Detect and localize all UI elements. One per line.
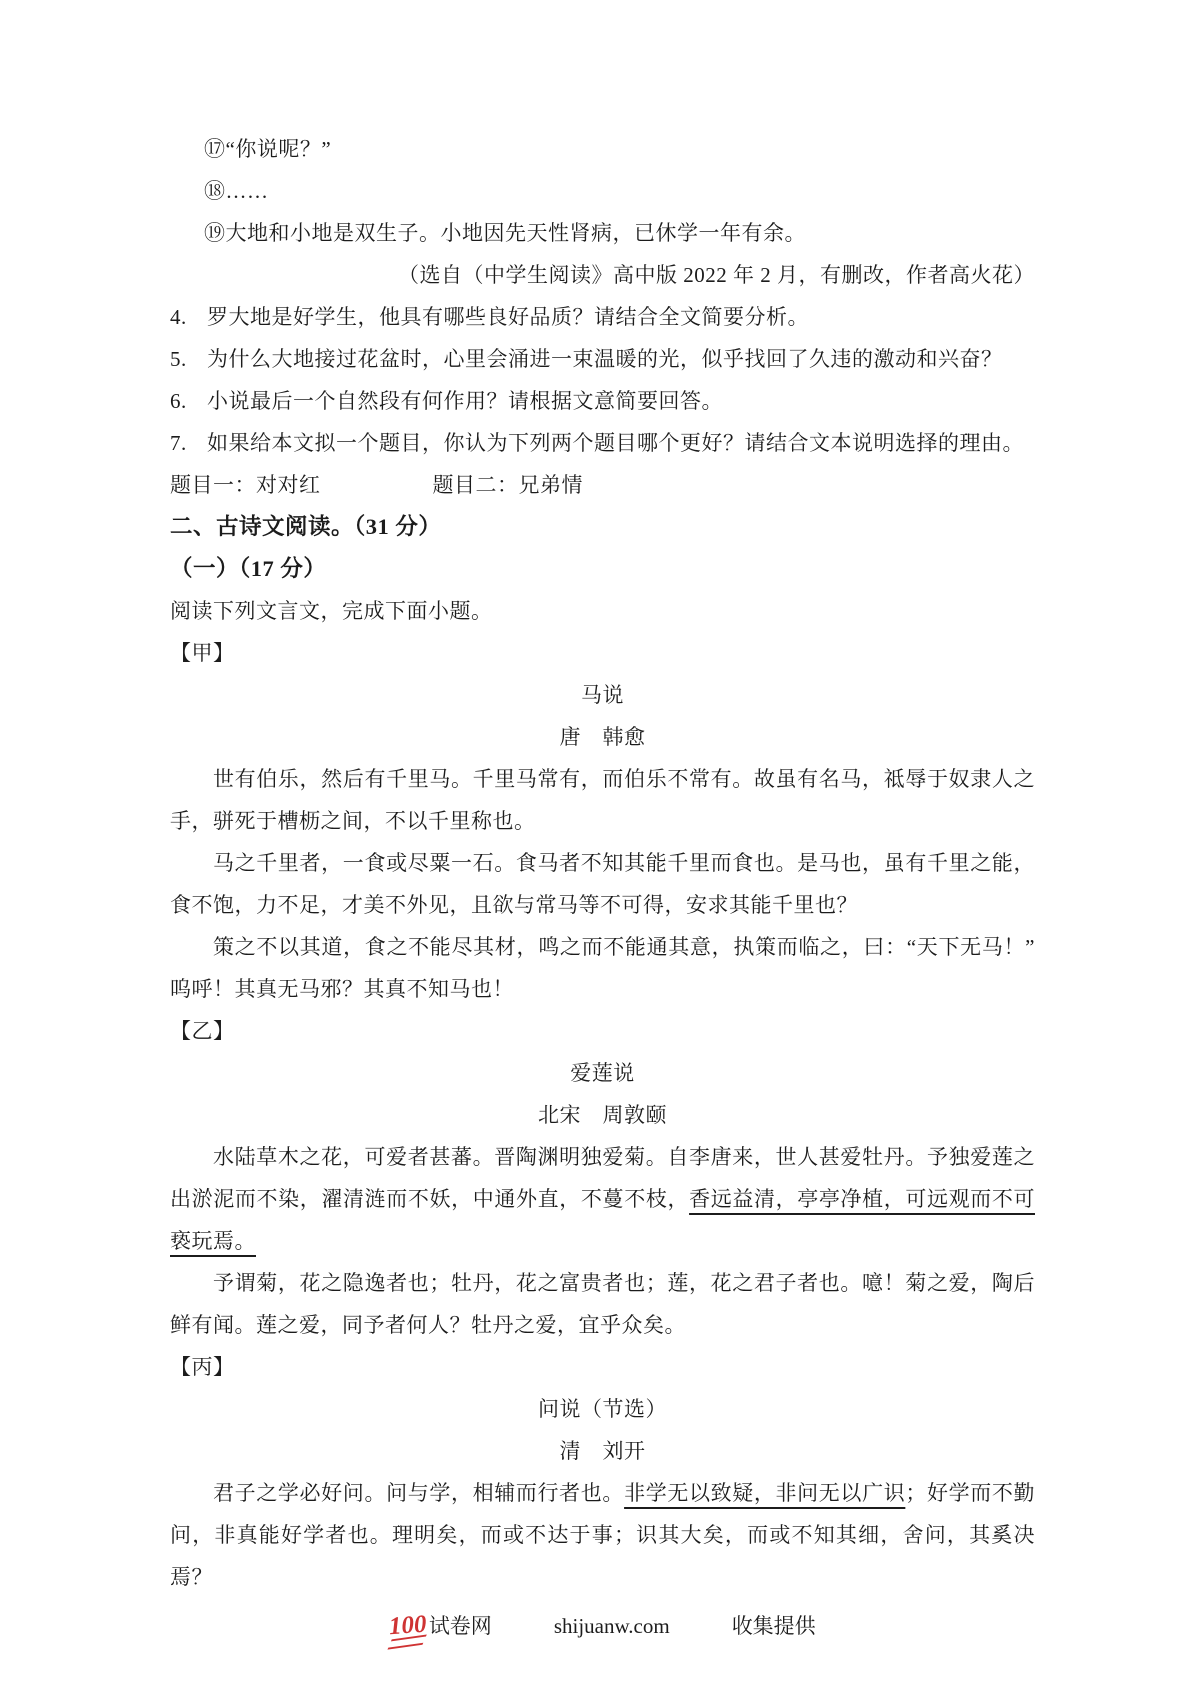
title-option-1: 题目一：对对红 (170, 473, 321, 497)
passage-jia-paragraph-2: 马之千里者，一食或尽粟一石。食马者不知其能千里而食也。是马也，虽有千里之能，食不… (170, 842, 1035, 926)
passage-yi-paragraph-1: 水陆草木之花，可爱者甚蕃。晋陶渊明独爱菊。自李唐来，世人甚爱牡丹。予独爱莲之出淤… (170, 1136, 1035, 1262)
reading-instruction: 阅读下列文言文，完成下面小题。 (170, 590, 1035, 632)
passage-bing-title: 问说（节选） (170, 1388, 1035, 1430)
passage-yi-paragraph-2: 予谓菊，花之隐逸者也；牡丹，花之富贵者也；莲，花之君子者也。噫！菊之爱，陶后鲜有… (170, 1262, 1035, 1346)
question-5-text: 为什么大地接过花盆时，心里会涌进一束温暖的光，似乎找回了久违的激动和兴奋？ (207, 347, 1003, 371)
question-6: 6.小说最后一个自然段有何作用？请根据文意简要回答。 (170, 380, 1035, 422)
source-attribution: （选自（中学生阅读》高中版 2022 年 2 月，有删改，作者高火花） (170, 254, 1035, 296)
question-7: 7.如果给本文拟一个题目，你认为下列两个题目哪个更好？请结合文本说明选择的理由。 (170, 422, 1035, 464)
passage-bing-tag: 【丙】 (170, 1346, 1035, 1388)
question-6-text: 小说最后一个自然段有何作用？请根据文意简要回答。 (207, 389, 723, 413)
passage-jia-title: 马说 (170, 674, 1035, 716)
passage-bing-paragraph-1: 君子之学必好问。问与学，相辅而行者也。非学无以致疑，非问无以广识；好学而不勤问，… (170, 1472, 1035, 1598)
logo-100-icon: 100 (388, 1605, 428, 1648)
story-line-17: ⑰“你说呢？” (170, 128, 1035, 170)
passage-jia-tag: 【甲】 (170, 632, 1035, 674)
passage-jia-author: 唐 韩愈 (170, 716, 1035, 758)
footer-suffix: 收集提供 (732, 1614, 816, 1638)
question-6-number: 6. (170, 380, 207, 422)
title-options-line: 题目一：对对红题目二：兄弟情 (170, 464, 1035, 506)
question-7-text: 如果给本文拟一个题目，你认为下列两个题目哪个更好？请结合文本说明选择的理由。 (207, 431, 1024, 455)
question-7-number: 7. (170, 422, 207, 464)
exam-page: ⑰“你说呢？” ⑱…… ⑲大地和小地是双生子。小地因先天性肾病，已休学一年有余。… (0, 0, 1191, 1684)
question-5: 5.为什么大地接过花盆时，心里会涌进一束温暖的光，似乎找回了久违的激动和兴奋？ (170, 338, 1035, 380)
section-heading: 二、古诗文阅读。（31 分） (170, 506, 1035, 548)
question-4-number: 4. (170, 296, 207, 338)
passage-bing-underlined-phrase: 非学无以致疑，非问无以广识 (624, 1481, 905, 1505)
footer-site-name: 试卷网 (429, 1614, 492, 1638)
question-4: 4.罗大地是好学生，他具有哪些良好品质？请结合全文简要分析。 (170, 296, 1035, 338)
passage-bing-author: 清 刘开 (170, 1430, 1035, 1472)
passage-jia-paragraph-1: 世有伯乐，然后有千里马。千里马常有，而伯乐不常有。故虽有名马，祗辱于奴隶人之手，… (170, 758, 1035, 842)
question-4-text: 罗大地是好学生，他具有哪些良好品质？请结合全文简要分析。 (207, 305, 809, 329)
footer-site-url: shijuanw.com (554, 1614, 670, 1638)
passage-yi-tag: 【乙】 (170, 1010, 1035, 1052)
passage-jia-paragraph-3: 策之不以其道，食之不能尽其材，鸣之而不能通其意，执策而临之，曰：“天下无马！”呜… (170, 926, 1035, 1010)
subsection-heading: （一）（17 分） (170, 548, 1035, 590)
passage-yi-author: 北宋 周敦颐 (170, 1094, 1035, 1136)
story-line-19: ⑲大地和小地是双生子。小地因先天性肾病，已休学一年有余。 (170, 212, 1035, 254)
story-line-18: ⑱…… (170, 170, 1035, 212)
passage-yi-title: 爱莲说 (170, 1052, 1035, 1094)
site-footer: 100试卷网shijuanw.com收集提供 (170, 1606, 1035, 1646)
title-option-2: 题目二：兄弟情 (433, 473, 584, 497)
passage-bing-paragraph-1-text: 君子之学必好问。问与学，相辅而行者也。 (213, 1481, 624, 1505)
question-5-number: 5. (170, 338, 207, 380)
